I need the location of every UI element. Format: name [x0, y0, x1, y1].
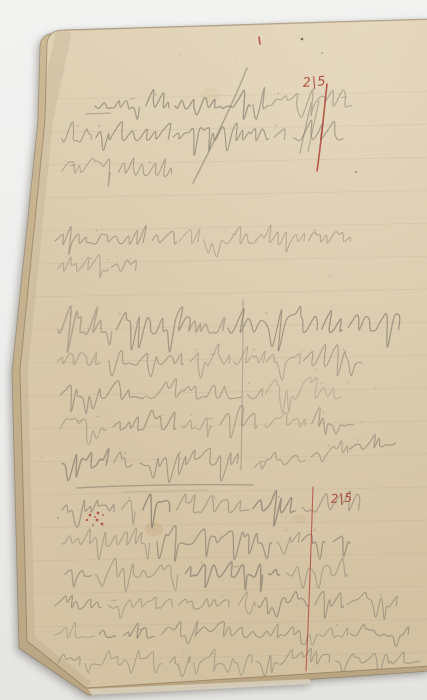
paper-texture-dot — [346, 381, 349, 384]
paper-texture-dot — [47, 538, 48, 539]
paper-texture-dot — [402, 115, 403, 116]
paper-texture-dot — [148, 331, 150, 333]
red-pencil-dot — [96, 519, 99, 522]
paper-texture-dot — [293, 266, 294, 267]
handwriting-dot — [99, 125, 101, 127]
paper-texture-dot — [224, 229, 226, 231]
handwriting-dot — [278, 496, 280, 498]
paper-texture-dot — [193, 393, 196, 396]
paper-texture-dot — [329, 558, 331, 560]
red-pencil-dot — [86, 519, 88, 521]
paper-texture-dot — [331, 349, 333, 351]
paper-texture-dot — [344, 615, 346, 617]
paper-texture-dot — [276, 271, 278, 273]
handwriting-dot — [253, 349, 255, 351]
paper-texture-dot — [285, 529, 288, 532]
paper-texture-dot — [121, 192, 124, 195]
red-pencil-line — [259, 37, 260, 44]
handwriting-dot — [149, 162, 151, 164]
paper-texture-dot — [249, 595, 251, 597]
handwriting-dash — [138, 629, 144, 630]
paper-texture-dot — [296, 227, 297, 228]
handwriting-dot — [201, 562, 203, 564]
handwriting-dot — [90, 258, 92, 260]
red-pencil-dot — [102, 514, 104, 516]
notebook-page-svg: 2|52|5 — [0, 0, 427, 700]
handwriting-dot — [190, 414, 192, 416]
paper-texture-dot — [423, 261, 424, 262]
paper-texture-dot — [234, 57, 236, 59]
paper-texture-dot — [332, 325, 333, 326]
paper-texture-dot — [205, 478, 207, 480]
handwriting-dot — [323, 412, 325, 414]
paper-texture-dot — [192, 352, 193, 353]
page-content: 2|52|5 — [0, 0, 427, 700]
handwriting-dot — [343, 349, 345, 351]
paper-texture-dot — [374, 387, 377, 390]
red-pencil-dot — [92, 524, 94, 526]
paper-texture-dot — [41, 591, 42, 592]
handwriting-dot — [214, 496, 216, 498]
paper-texture-dot — [40, 456, 43, 459]
paper-texture-dot — [329, 275, 332, 278]
handwriting-dot — [278, 93, 280, 95]
paper-texture-dot — [229, 196, 232, 199]
ink-speck — [301, 38, 304, 41]
handwriting-dash — [260, 461, 266, 462]
handwriting-dot — [155, 94, 157, 96]
paper-texture-dot — [179, 54, 182, 57]
paper-texture-dot — [127, 144, 128, 145]
paper-texture-dot — [358, 145, 360, 147]
handwriting-dot — [221, 596, 223, 598]
paper-texture-dot — [81, 451, 84, 454]
handwriting-dot — [119, 313, 121, 315]
red-page-number-mid: 2|5 — [330, 490, 353, 506]
handwriting-dot — [161, 414, 163, 416]
paper-texture-dot — [204, 437, 205, 438]
paper-texture-dot — [154, 586, 156, 588]
paper-texture-dot — [106, 258, 109, 261]
paper-texture-dot — [352, 32, 353, 33]
paper-texture-dot — [300, 350, 303, 353]
handwriting-dot — [97, 416, 99, 418]
paper-texture-dot — [108, 77, 111, 80]
stain — [145, 522, 163, 536]
handwriting-dot — [266, 312, 268, 314]
paper-texture-dot — [82, 185, 83, 186]
manuscript-photo: 2|52|5 — [0, 0, 427, 700]
handwriting-dot — [277, 349, 279, 351]
paper-texture-dot — [116, 256, 118, 258]
paper-texture-dot — [122, 515, 124, 517]
paper-texture-dot — [278, 360, 280, 362]
handwriting-dot — [129, 497, 131, 499]
handwriting-dot — [96, 230, 98, 232]
handwriting-dot — [129, 258, 131, 260]
handwriting-dot — [314, 529, 316, 531]
paper-texture-dot — [97, 563, 99, 565]
paper-texture-dot — [313, 566, 315, 568]
red-pencil-dot — [97, 512, 100, 515]
handwriting-dot — [77, 125, 79, 127]
handwriting-dot — [380, 595, 382, 597]
paper-texture-dot — [305, 525, 307, 527]
handwriting-dot — [336, 624, 338, 626]
paper-texture-dot — [222, 578, 225, 581]
handwriting-dot — [314, 229, 316, 231]
handwriting-dot — [328, 445, 330, 447]
paper-texture-dot — [159, 367, 160, 368]
stain — [294, 514, 306, 524]
handwriting-dot — [212, 652, 214, 654]
red-pencil-dot — [89, 514, 92, 517]
handwriting-dot — [183, 653, 185, 655]
paper-texture-dot — [285, 516, 287, 518]
red-pencil-dot — [101, 523, 104, 526]
handwriting-dash — [111, 600, 117, 601]
ink-speck — [57, 517, 59, 519]
handwriting-dot — [321, 382, 323, 384]
paper-texture-dot — [208, 280, 211, 283]
notebook-page-group: 2|52|5 — [0, 0, 427, 700]
handwriting-dot — [357, 439, 359, 441]
paper-texture-dot — [315, 191, 316, 192]
handwriting-dot — [275, 125, 277, 127]
paper-texture-dot — [246, 498, 247, 499]
handwriting-dot — [124, 452, 126, 454]
handwriting-dot — [195, 349, 197, 351]
paper-texture-dot — [126, 174, 128, 176]
handwriting-dot — [176, 625, 178, 627]
paper-texture-dot — [49, 64, 51, 66]
red-page-number-top: 2|5 — [302, 74, 327, 91]
paper-texture-dot — [118, 480, 120, 482]
paper-sheen — [0, 0, 427, 700]
paper-texture-dot — [257, 173, 259, 175]
red-pencil-dot — [94, 516, 96, 518]
ink-speck — [321, 52, 323, 54]
ink-speck — [355, 171, 357, 173]
paper-texture-dot — [360, 421, 363, 424]
paper-texture-dot — [38, 486, 39, 487]
paper-texture-dot — [200, 77, 201, 78]
handwriting-dot — [248, 382, 250, 384]
paper-texture-dot — [371, 121, 373, 123]
handwriting-dot — [70, 313, 72, 315]
paper-texture-dot — [290, 177, 291, 178]
handwriting-dot — [180, 452, 182, 454]
paper-texture-dot — [215, 491, 216, 492]
paper-texture-dot — [315, 369, 318, 372]
